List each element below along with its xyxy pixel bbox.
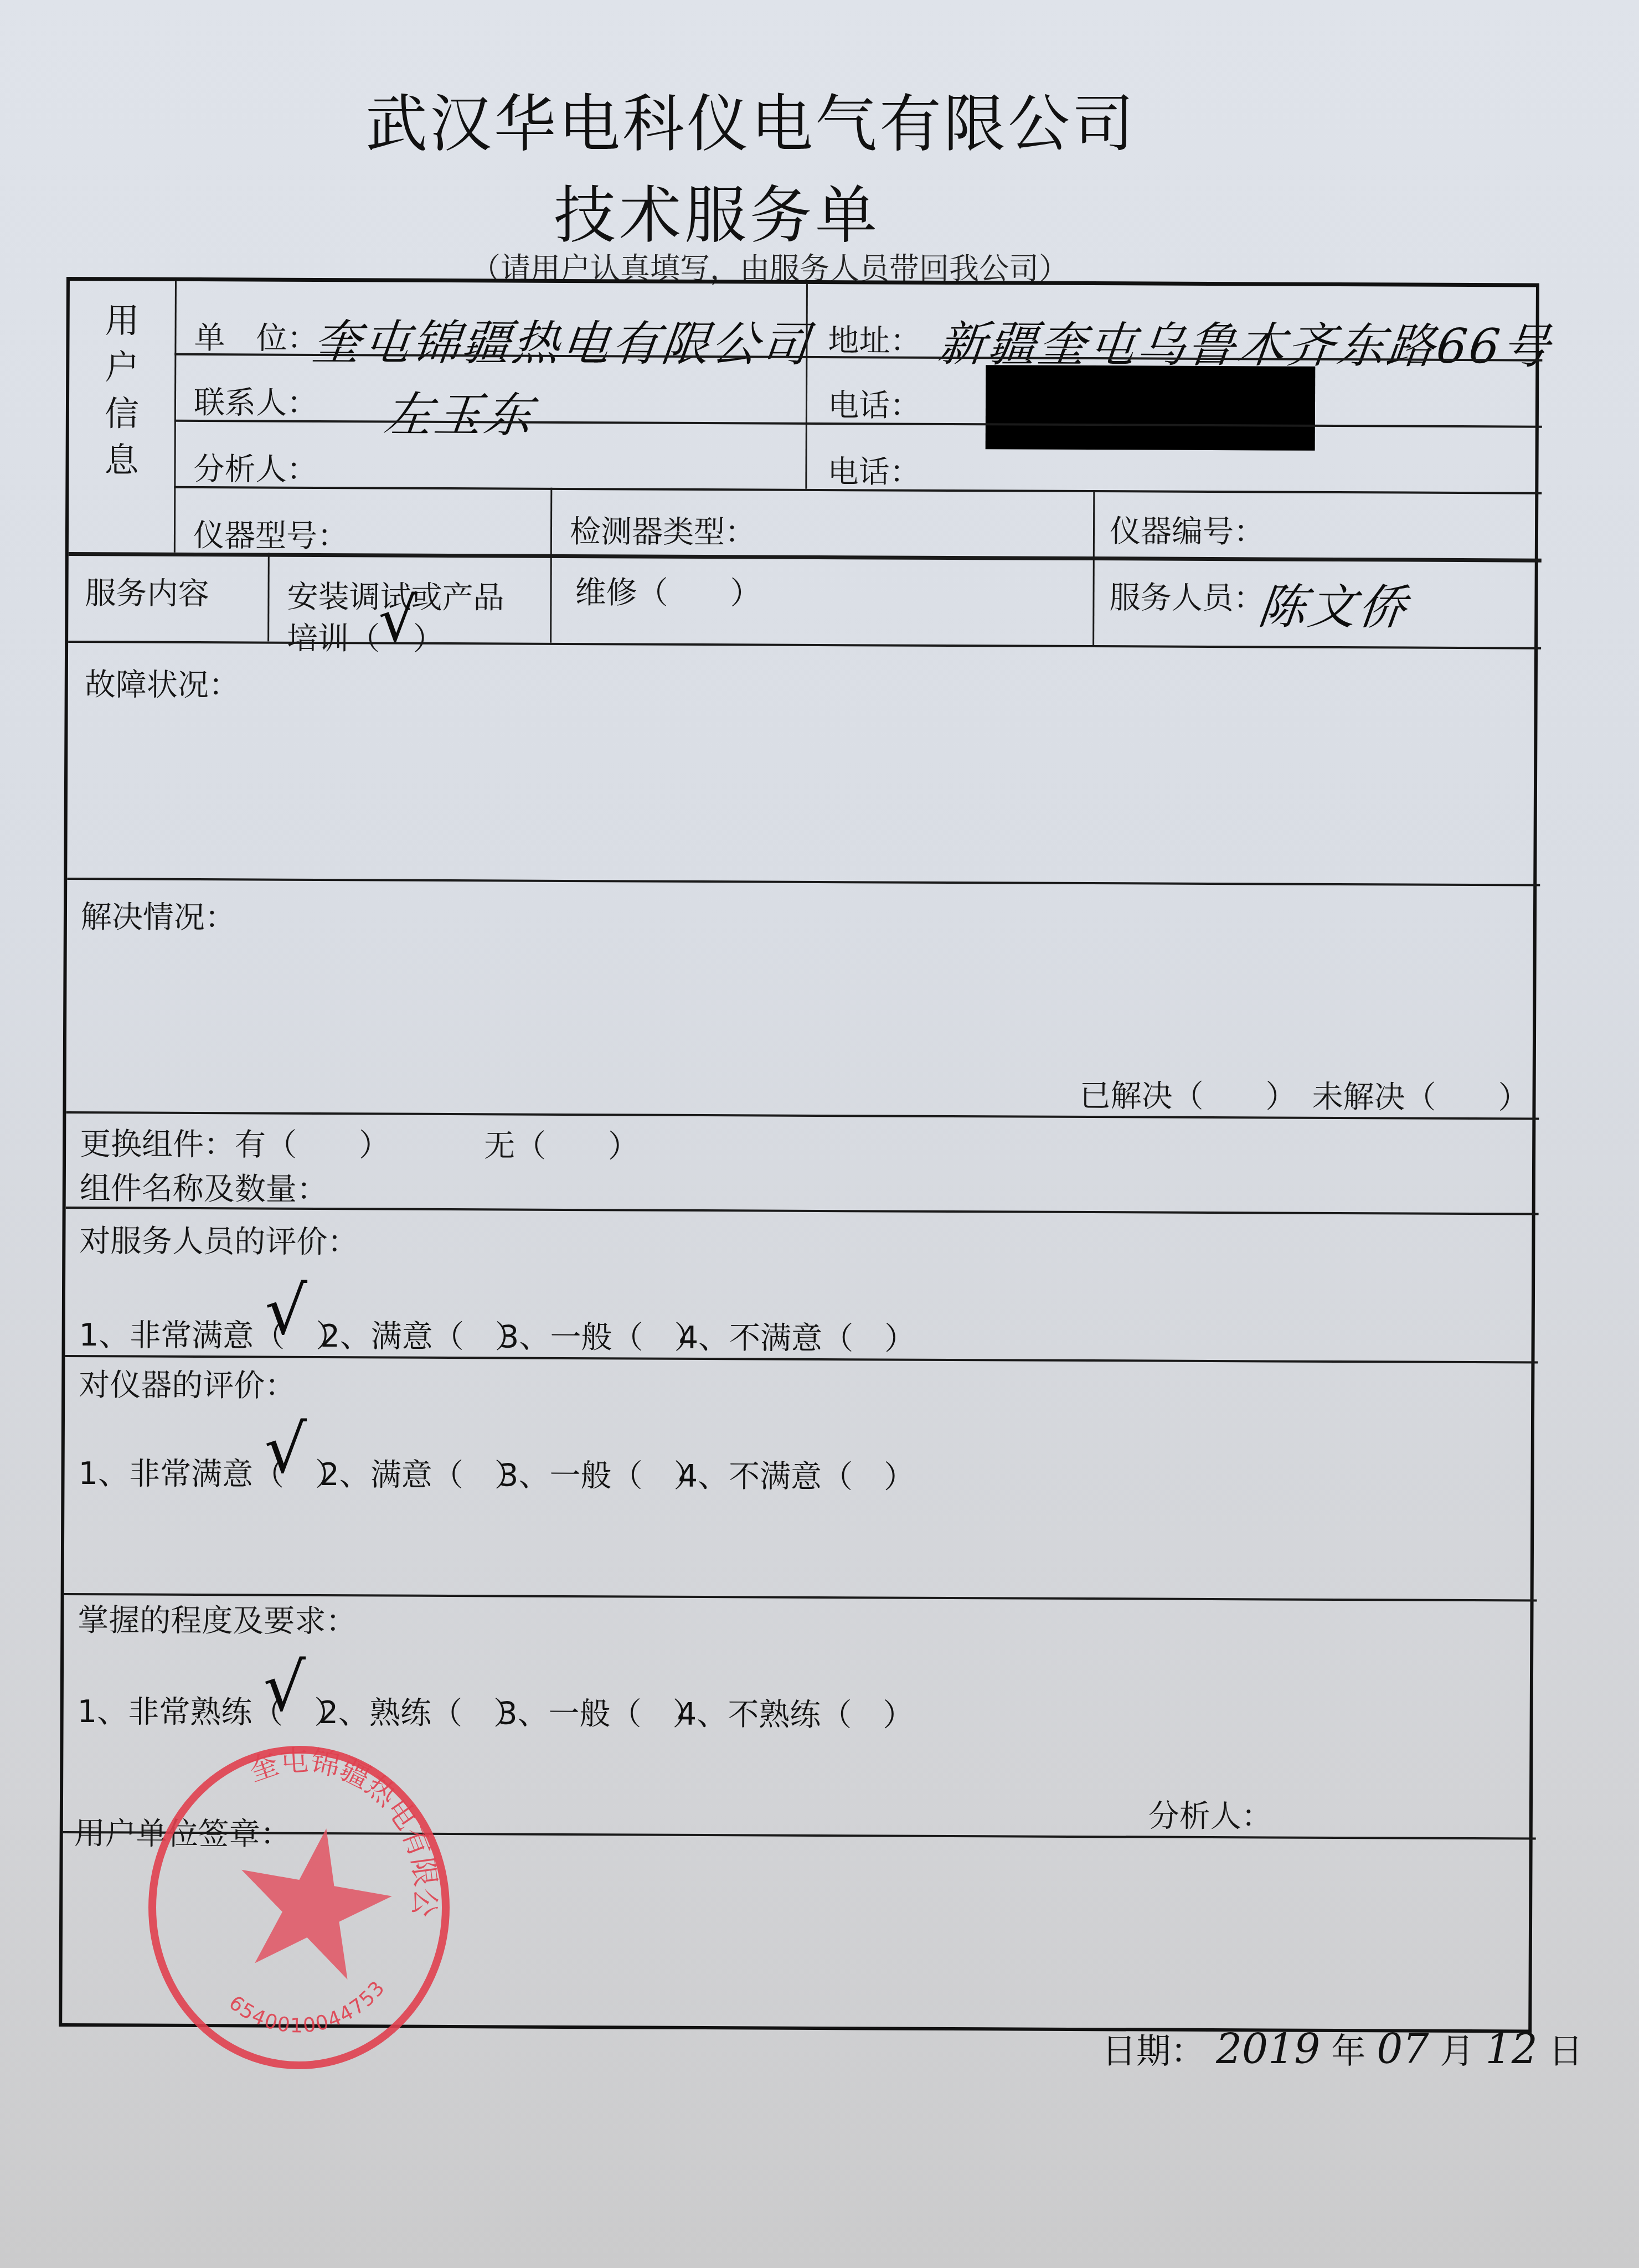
contact-label: 联系人： [194,378,318,423]
contact-field[interactable]: 左玉东 [381,377,538,446]
rating-option[interactable]: 4、不满意（ ） [678,1452,883,1497]
staff-rating-label: 对服务人员的评价： [79,1217,358,1262]
date-year[interactable]: 2019 [1216,2025,1320,2073]
rating-option[interactable]: 1、非常满意（ ）√ [79,1311,315,1356]
date-day[interactable]: 12 [1486,2025,1538,2073]
form-title: 技术服务单 [554,166,880,255]
replace-no-option[interactable]: 无（ ） [484,1128,639,1164]
proficiency-options: 1、非常熟练（ ）√2、熟练（ ）3、一般（ ）4、不熟练（ ） [78,1687,888,1735]
divider [174,281,177,553]
rating-option[interactable]: 4、不满意（ ） [678,1313,883,1359]
divider [1092,490,1095,645]
service-content-label: 服务内容 [85,569,209,614]
bottom-analyst-label: 分析人： [1148,1792,1272,1837]
option-repair[interactable]: 维修（ ） [575,568,761,613]
divider [66,1207,1539,1215]
rating-option[interactable]: 1、非常熟练（ ）√ [78,1687,313,1733]
date-line: 日期：2019年07月12日 [1102,2024,1583,2073]
user-info-section-label: 用户信息 [102,297,141,483]
divider [550,488,552,643]
proficiency-label: 掌握的程度及要求： [78,1596,357,1641]
divider [67,878,1540,886]
staff-rating-options: 1、非常满意（ ）√2、满意（ ）3、一般（ ）4、不满意（ ） [79,1311,889,1358]
checkmark-icon: √ [265,1273,307,1350]
instrument-serial-label: 仪器编号： [1110,507,1265,551]
replace-yes-option[interactable]: 有（ ） [235,1127,390,1163]
phone-label-2: 电话： [827,447,920,492]
phone-label-1: 电话： [828,381,921,426]
svg-text:6540010044753: 6540010044753 [224,1976,390,2037]
service-staff-field[interactable]: 陈文侨 [1255,568,1413,637]
option-install-training-line2[interactable]: 培训（） [287,614,444,659]
unit-label: 单 位： [194,313,318,358]
unit-field[interactable]: 奎屯锦疆热电有限公司 [310,304,816,375]
service-staff-label: 服务人员： [1109,573,1264,618]
checkmark-icon: √ [264,1411,307,1488]
instrument-rating-options: 1、非常满意（ ）√2、满意（ ）3、一般（ ）4、不满意（ ） [78,1449,888,1497]
divider [267,553,270,642]
company-name: 武汉华电科仪电气有限公司 [365,75,1136,164]
instrument-rating-label: 对仪器的评价： [79,1360,296,1406]
redacted-phone [986,365,1316,451]
company-seal: 奎屯锦疆热电有限公司 6540010044753 [133,1733,465,2076]
detector-type-label: 检测器类型： [570,507,756,552]
divider [805,284,808,489]
rating-option[interactable]: 1、非常满意（ ）√ [78,1449,314,1494]
resolved-option[interactable]: 已解决（ ） [1079,1071,1296,1117]
address-label: 地址： [828,316,921,361]
divider [69,552,1542,563]
date-month[interactable]: 07 [1377,2025,1429,2073]
resolution-label: 解决情况： [81,893,236,937]
instrument-model-label: 仪器型号： [193,511,348,556]
fault-status-label: 故障状况： [85,660,240,705]
analyst-label: 分析人： [193,445,317,489]
star-icon [226,1815,401,1984]
component-name-qty-label: 组件名称及数量： [80,1164,328,1209]
replace-components-label: 更换组件：有（ ）无（ ） [80,1120,639,1166]
rating-option[interactable]: 4、不熟练（ ） [677,1690,882,1735]
unresolved-option[interactable]: 未解决（ ） [1312,1073,1529,1118]
checkmark-icon: √ [378,589,418,650]
checkmark-icon: √ [263,1650,306,1726]
